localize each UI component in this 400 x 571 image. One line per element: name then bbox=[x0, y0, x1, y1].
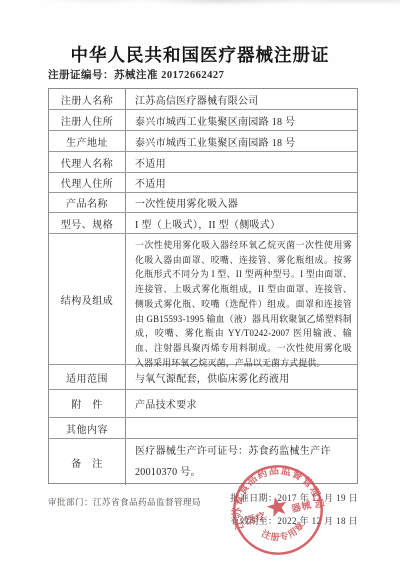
valid-until-date: 有效期至：2022 年 12 月 18 日 bbox=[230, 514, 358, 527]
row-value: 不适用 bbox=[126, 152, 357, 172]
row-value: 与氧气源配套，供临床雾化药液用 bbox=[126, 365, 357, 389]
row-value: 一次性使用雾化吸入器经环氧乙烷灭菌一次性使用雾化吸入器由面罩、咬嘴、连接管、雾化… bbox=[126, 234, 357, 364]
table-row: 代理人住所 不适用 bbox=[49, 173, 357, 193]
certificate-table: 注册人名称 江苏高信医疗器械有限公司 注册人住所 泰兴市城西工业集聚区南园路 1… bbox=[48, 88, 358, 484]
table-row: 型号、规格 I 型（上吸式），II 型（侧吸式） bbox=[49, 213, 357, 234]
certificate-page: 中华人民共和国医疗器械注册证 注册证编号：苏械注准 20172662427 注册… bbox=[0, 0, 400, 571]
table-row: 附 件 产品技术要求 bbox=[49, 390, 357, 418]
row-value bbox=[126, 418, 357, 438]
row-value: 泰兴市城西工业集聚区南园路 18 号 bbox=[126, 110, 357, 130]
approval-date: 批准日期：2017 年 12 月 19 日 bbox=[230, 491, 358, 504]
table-row: 适用范围 与氧气源配套，供临床雾化药液用 bbox=[49, 365, 357, 390]
row-label: 备 注 bbox=[49, 439, 126, 485]
row-value: 江苏高信医疗器械有限公司 bbox=[126, 89, 357, 109]
row-value: 不适用 bbox=[126, 173, 357, 192]
row-label: 型号、规格 bbox=[49, 213, 126, 233]
row-label: 结构及组成 bbox=[49, 234, 126, 364]
row-label: 注册人住所 bbox=[49, 110, 126, 130]
table-row: 结构及组成 一次性使用雾化吸入器经环氧乙烷灭菌一次性使用雾化吸入器由面罩、咬嘴、… bbox=[49, 234, 357, 365]
row-label: 生产地址 bbox=[49, 131, 126, 151]
table-row: 生产地址 泰兴市城西工业集聚区南园路 18 号 bbox=[49, 131, 357, 152]
table-row: 注册人住所 泰兴市城西工业集聚区南园路 18 号 bbox=[49, 110, 357, 131]
scan-artifact-top bbox=[0, 0, 400, 14]
row-label: 适用范围 bbox=[49, 365, 126, 389]
certificate-title: 中华人民共和国医疗器械注册证 bbox=[0, 42, 400, 67]
table-row: 注册人名称 江苏高信医疗器械有限公司 bbox=[49, 89, 357, 110]
row-value: 医疗器械生产许可证号：苏食药监械生产许 20010370 号。 bbox=[126, 439, 357, 485]
row-label: 附 件 bbox=[49, 390, 126, 417]
table-row: 备 注 医疗器械生产许可证号：苏食药监械生产许 20010370 号。 bbox=[49, 439, 357, 485]
table-row: 其他内容 bbox=[49, 418, 357, 439]
registration-number: 注册证编号：苏械注准 20172662427 bbox=[48, 67, 224, 82]
row-value: 产品技术要求 bbox=[126, 390, 357, 417]
table-row: 代理人名称 不适用 bbox=[49, 152, 357, 173]
row-value: 一次性使用雾化吸入器 bbox=[126, 193, 357, 212]
row-label: 代理人住所 bbox=[49, 173, 126, 192]
certificate-dates: 批准日期：2017 年 12 月 19 日 有效期至：2022 年 12 月 1… bbox=[230, 491, 358, 537]
row-label: 产品名称 bbox=[49, 193, 126, 212]
row-value: 泰兴市城西工业集聚区南园路 18 号 bbox=[126, 131, 357, 151]
row-value: I 型（上吸式），II 型（侧吸式） bbox=[126, 213, 357, 233]
row-label: 其他内容 bbox=[49, 418, 126, 438]
table-row: 产品名称 一次性使用雾化吸入器 bbox=[49, 193, 357, 213]
row-label: 代理人名称 bbox=[49, 152, 126, 172]
row-label: 注册人名称 bbox=[49, 89, 126, 109]
approval-department: 审批部门：江苏省食品药品监督管理局 bbox=[48, 496, 201, 508]
